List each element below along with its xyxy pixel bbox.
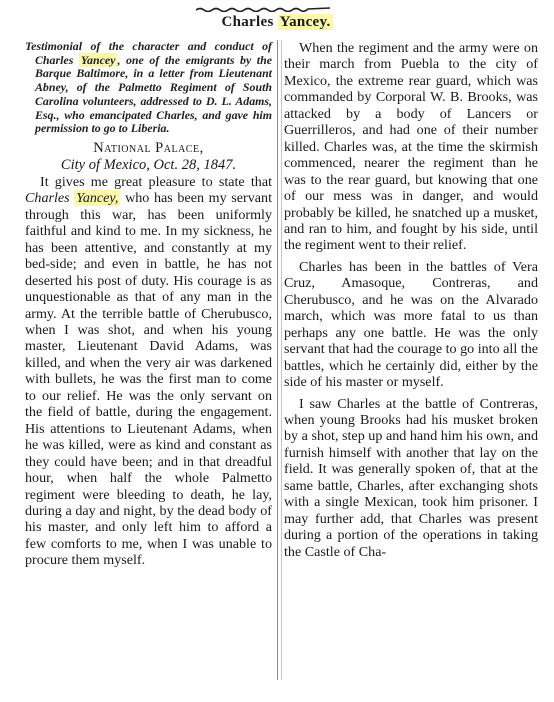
intro-name-highlight: Yancey	[79, 53, 118, 67]
left-column: Testimonial of the character and conduct…	[25, 40, 272, 569]
dateline: National Palace, City of Mexico, Oct. 28…	[25, 140, 272, 174]
right-paragraph-1: When the regiment and the army were on t…	[284, 40, 538, 254]
intro-caption: Testimonial of the character and conduct…	[25, 40, 272, 136]
decorative-wavy-rule	[196, 6, 330, 12]
letter-body: who has been my servant through this war…	[25, 190, 272, 568]
letter-opening: It gives me great pleasure to state that	[40, 174, 272, 190]
right-paragraph-2: Charles has been in the battles of Vera …	[284, 259, 538, 391]
letter-paragraph: It gives me great pleasure to state that…	[25, 174, 272, 569]
right-paragraph-3: I saw Charles at the battle of Contreras…	[284, 396, 538, 561]
title-first-name: Charles	[221, 14, 273, 30]
column-divider	[277, 40, 282, 680]
dateline-city-date: City of Mexico, Oct. 28, 1847.	[25, 157, 272, 174]
right-column: When the regiment and the army were on t…	[284, 40, 538, 560]
dateline-place: National Palace,	[25, 140, 272, 157]
title-surname-highlight: Yancey.	[278, 14, 333, 30]
letter-name-highlight: Yancey,	[74, 190, 120, 206]
letter-name: Charles	[25, 190, 70, 206]
intro-name: Charles	[35, 53, 73, 67]
intro-line1: Testimonial of the character and conduct…	[25, 39, 272, 53]
article-title: Charles Yancey.	[0, 14, 554, 31]
